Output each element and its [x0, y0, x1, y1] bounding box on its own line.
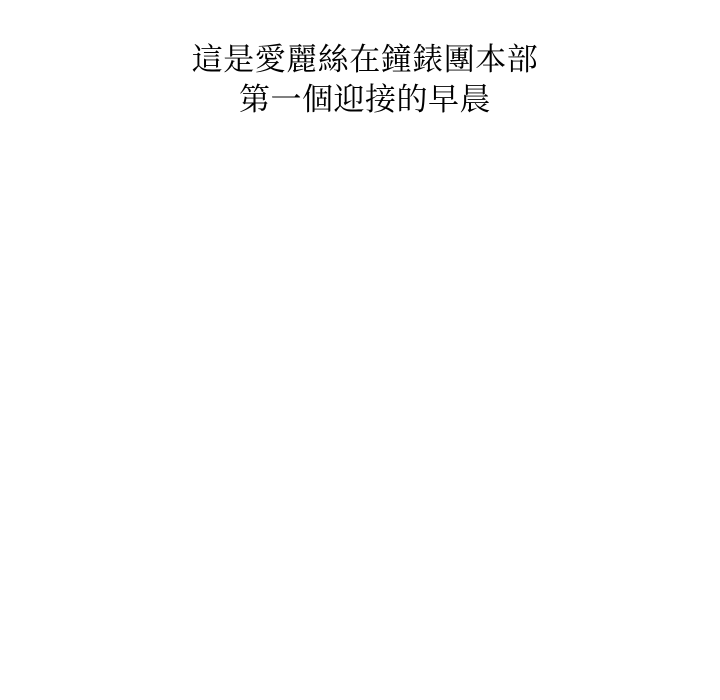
caption-line-1: 這是愛麗絲在鐘錶團本部: [5, 40, 720, 80]
caption-line-2: 第一個迎接的早晨: [5, 80, 720, 120]
narration-caption: 這是愛麗絲在鐘錶團本部 第一個迎接的早晨: [5, 40, 720, 120]
comic-page: 這是愛麗絲在鐘錶團本部 第一個迎接的早晨: [0, 0, 720, 700]
